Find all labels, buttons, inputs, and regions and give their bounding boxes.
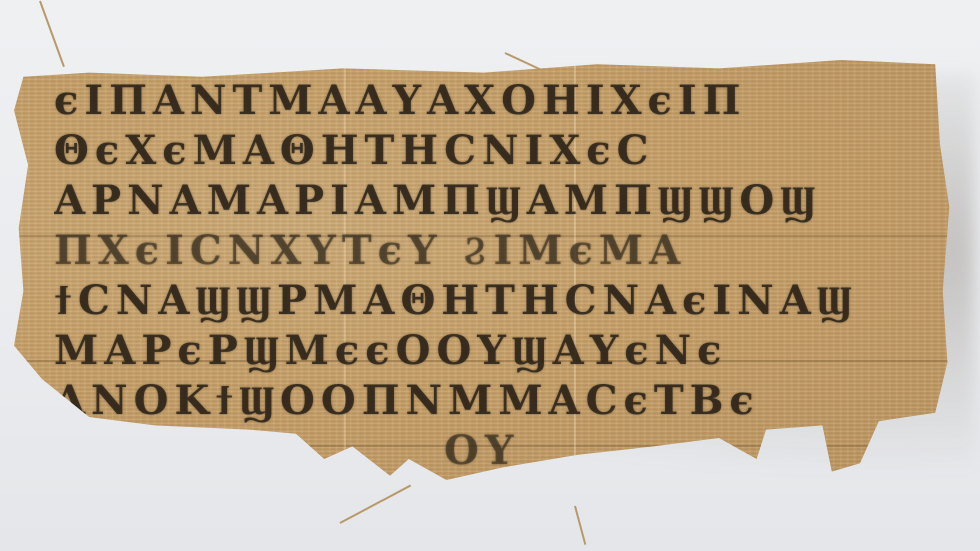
text-line-4: ΠΧϵΙϹΝΧΥΤϵΥ ϨΙΜϵΜΑ	[54, 226, 934, 276]
text-line-6: ΜΑΡϵΡϢΜϵϵΟΟΥϢΑΥϵΝϵ	[54, 326, 934, 376]
text-line-2: ΘϵΧϵΜΑΘΗΤΗϹΝΙΧϵϹ	[54, 126, 934, 176]
text-line-3: ΑΡΝΑΜΑΡΙΑΜΠϢΑΜΠϢϢΟϢ	[54, 176, 934, 226]
loose-fiber	[505, 52, 542, 71]
loose-fiber	[39, 1, 65, 67]
papyrus-fragment: ϵΙΠΑΝΤΜΑΑΥΑΧΟΗΙΧϵΙΠ ΘϵΧϵΜΑΘΗΤΗϹΝΙΧϵϹ ΑΡΝ…	[14, 60, 954, 480]
text-line-5: ϯϹΝΑϢϢΡΜΑΘΗΤΗϹΝΑϵΙΝΑϢ	[54, 276, 934, 326]
text-line-7: ΑΝΟΚϯϢΟΟΠΝΜΜΑϹϵΤΒϵ	[54, 376, 934, 426]
coptic-text-block: ϵΙΠΑΝΤΜΑΑΥΑΧΟΗΙΧϵΙΠ ΘϵΧϵΜΑΘΗΤΗϹΝΙΧϵϹ ΑΡΝ…	[54, 76, 934, 476]
text-line-1: ϵΙΠΑΝΤΜΑΑΥΑΧΟΗΙΧϵΙΠ	[54, 76, 934, 126]
